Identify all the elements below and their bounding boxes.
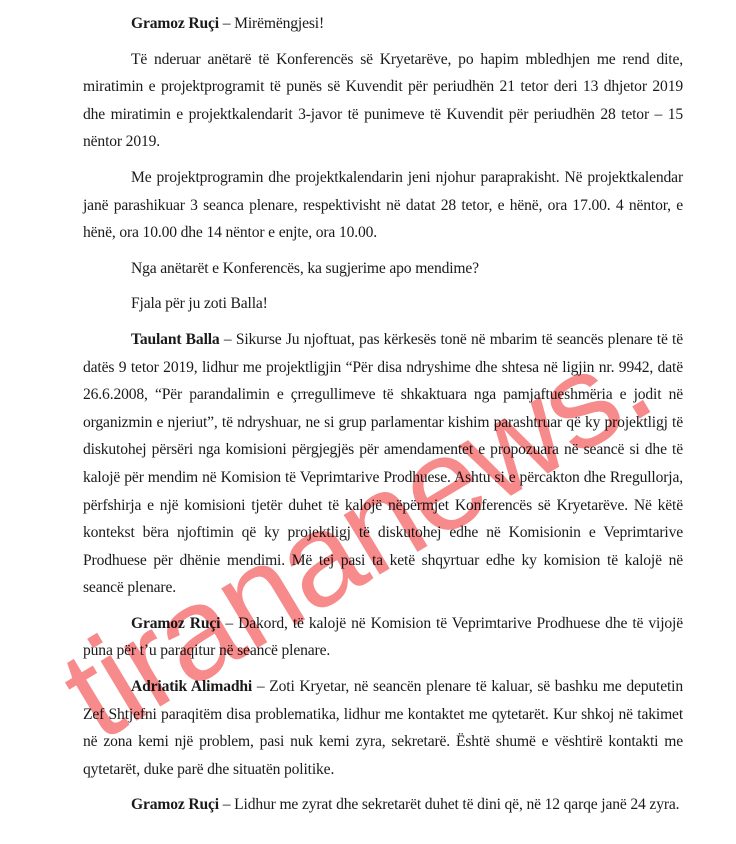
speaker-name: Gramoz Ruçi (131, 615, 220, 632)
paragraph-greeting: Gramoz Ruçi – Mirëmëngjesi! (83, 10, 683, 38)
paragraph-text: Lidhur me zyrat dhe sekretarët duhet të … (234, 796, 679, 813)
paragraph-ruci-agreement: Gramoz Ruçi – Dakord, të kalojë në Komis… (83, 610, 683, 665)
speaker-name: Gramoz Ruçi (131, 796, 219, 813)
speaker-separator: – (220, 615, 238, 632)
transcript-page: Gramoz Ruçi – Mirëmëngjesi! Të nderuar a… (83, 10, 683, 827)
paragraph-calendar: Me projektprogramin dhe projektkalendari… (83, 164, 683, 247)
paragraph-text: Të nderuar anëtarë të Konferencës së Kry… (83, 51, 683, 151)
paragraph-text: Mirëmëngjesi! (234, 15, 324, 32)
paragraph-text: Sikurse Ju njoftuat, pas kërkesës tonë n… (83, 331, 683, 596)
paragraph-balla-statement: Taulant Balla – Sikurse Ju njoftuat, pas… (83, 326, 683, 602)
paragraph-text: Nga anëtarët e Konferencës, ka sugjerime… (131, 260, 479, 277)
speaker-name: Taulant Balla (131, 331, 220, 348)
paragraph-alimadhi-statement: Adriatik Alimadhi – Zoti Kryetar, në sea… (83, 673, 683, 783)
speaker-name: Gramoz Ruçi (131, 15, 219, 32)
speaker-separator: – (219, 796, 234, 813)
speaker-name: Adriatik Alimadhi (131, 678, 252, 695)
speaker-separator: – (252, 678, 269, 695)
paragraph-floor-to-balla: Fjala për ju zoti Balla! (83, 290, 683, 318)
paragraph-text: Me projektprogramin dhe projektkalendari… (83, 169, 683, 241)
paragraph-ruci-offices: Gramoz Ruçi – Lidhur me zyrat dhe sekret… (83, 791, 683, 819)
speaker-separator: – (220, 331, 236, 348)
paragraph-question: Nga anëtarët e Konferencës, ka sugjerime… (83, 255, 683, 283)
paragraph-agenda: Të nderuar anëtarë të Konferencës së Kry… (83, 46, 683, 156)
paragraph-text: Fjala për ju zoti Balla! (131, 295, 268, 312)
speaker-separator: – (219, 15, 234, 32)
